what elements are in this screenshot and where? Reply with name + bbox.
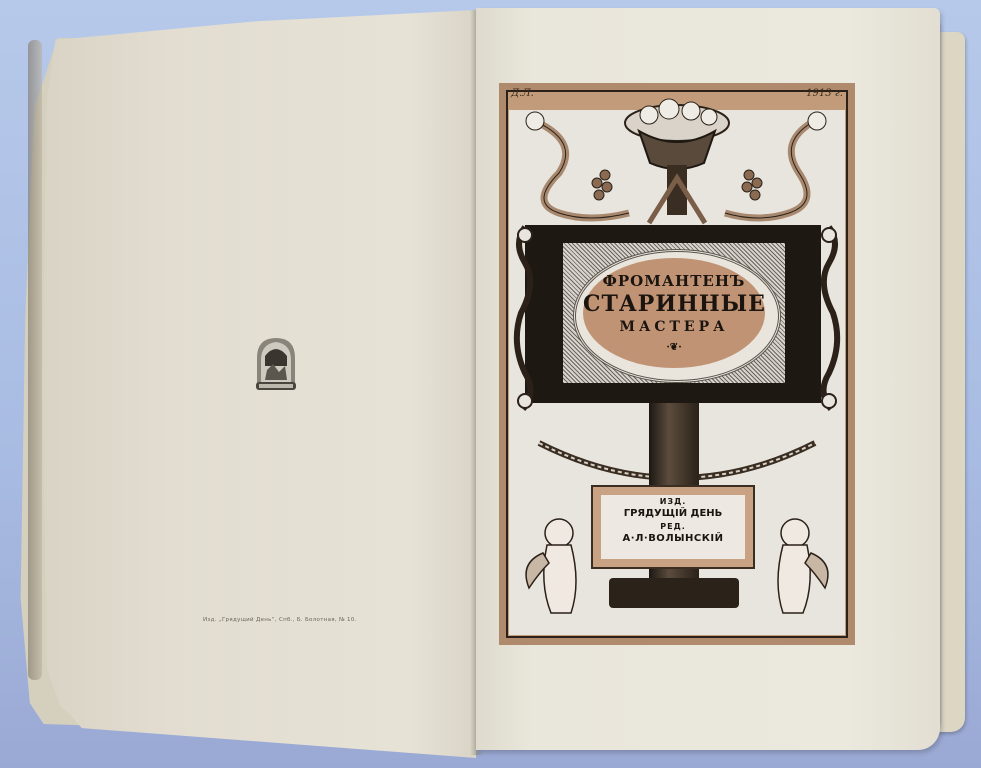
title-cartouche: ФРОМАНТЕНЪ СТАРИННЫЕ МАСТЕРА ·❦· <box>525 225 821 403</box>
plaque-line-2: ГРЯДУЩІЙ ДЕНЬ <box>601 508 745 519</box>
publisher-plaque: ИЗД. ГРЯДУЩІЙ ДЕНЬ РЕД. А·Л·ВОЛЫНСКІЙ <box>591 485 755 569</box>
publisher-emblem-icon <box>253 336 299 392</box>
frontispiece: Д.Л. 1913 г. <box>499 83 855 645</box>
right-scroll-ornament <box>815 223 843 413</box>
left-page-shadow <box>28 40 42 680</box>
ornament-icon: ·❦· <box>583 342 765 353</box>
publisher-imprint: Изд. „Грядущий День“, Спб., Б. Болотная,… <box>203 617 357 623</box>
title-line-2: МАСТЕРА <box>583 319 765 335</box>
title-line-1: СТАРИННЫЕ <box>583 291 765 317</box>
plaque-field: ИЗД. ГРЯДУЩІЙ ДЕНЬ РЕД. А·Л·ВОЛЫНСКІЙ <box>601 495 745 559</box>
plaque-line-1: ИЗД. <box>601 497 745 506</box>
left-scroll-ornament <box>511 223 539 413</box>
pedestal-base <box>609 578 739 608</box>
author-name: ФРОМАНТЕНЪ <box>583 272 765 290</box>
plaque-line-4: А·Л·ВОЛЫНСКІЙ <box>601 533 745 544</box>
plaque-line-3: РЕД. <box>601 522 745 531</box>
